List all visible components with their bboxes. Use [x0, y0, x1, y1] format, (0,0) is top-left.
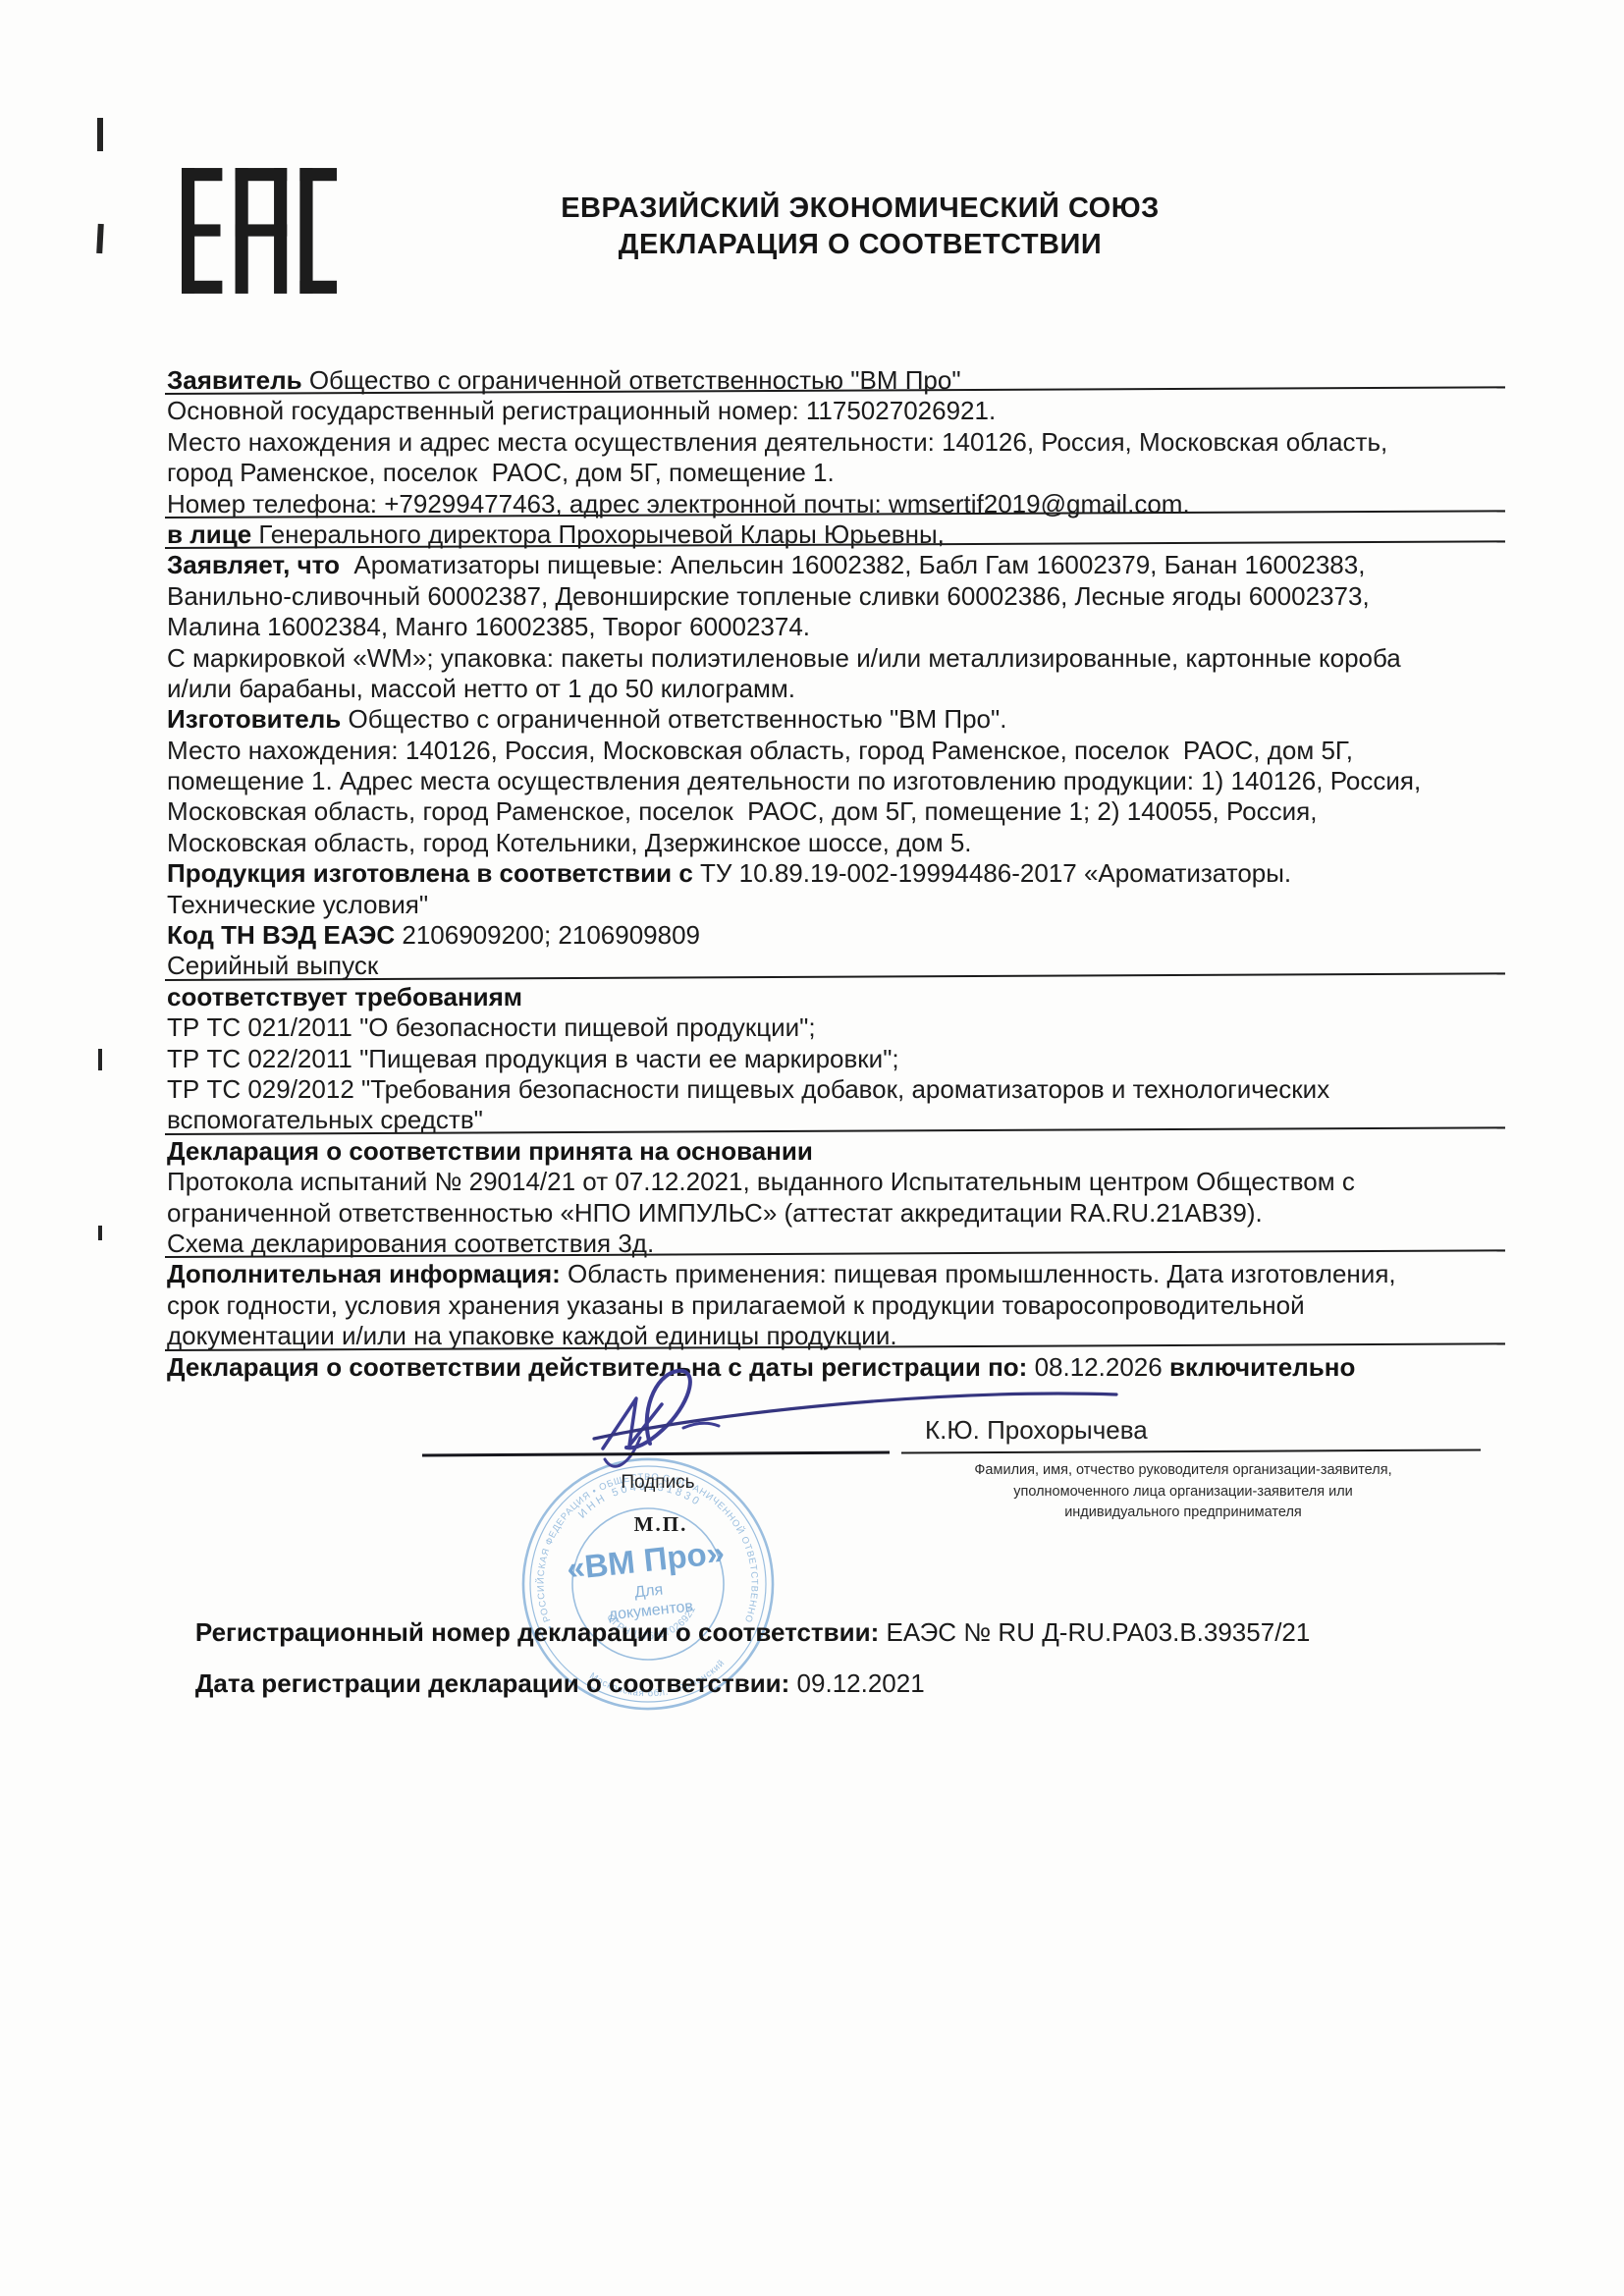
- scan-artifact: [98, 1226, 102, 1240]
- scan-artifact: [96, 224, 104, 253]
- line-label: Заявитель: [167, 365, 309, 395]
- line-text: Место нахождения и адрес места осуществл…: [167, 427, 1387, 457]
- document-line: и/или барабаны, массой нетто от 1 до 50 …: [167, 674, 1505, 704]
- document-line: Малина 16002384, Манго 16002385, Творог …: [167, 612, 1505, 642]
- document-line: Продукция изготовлена в соответствии с Т…: [167, 858, 1505, 889]
- line-text: Технические условия": [167, 890, 428, 919]
- document-line: Заявляет, что Ароматизаторы пищевые: Апе…: [167, 550, 1505, 580]
- document-line: Дополнительная информация: Область приме…: [167, 1259, 1505, 1289]
- line-text: Основной государственный регистрационный…: [167, 396, 996, 425]
- line-label: в лице: [167, 519, 258, 549]
- stamp-place-label: М.П.: [607, 1512, 715, 1537]
- document-line: Серийный выпуск: [167, 951, 1505, 981]
- document-line: Место нахождения и адрес места осуществл…: [167, 427, 1505, 458]
- line-label: Дополнительная информация:: [167, 1259, 568, 1288]
- document-title: ЕВРАЗИЙСКИЙ ЭКОНОМИЧЕСКИЙ СОЮЗ ДЕКЛАРАЦИ…: [369, 191, 1351, 263]
- line-text: помещение 1. Адрес места осуществления д…: [167, 766, 1421, 795]
- line-text: и/или барабаны, массой нетто от 1 до 50 …: [167, 674, 795, 703]
- line-label: включительно: [1169, 1352, 1355, 1382]
- line-text: ТР ТС 022/2011 "Пищевая продукция в част…: [167, 1044, 899, 1073]
- line-text: Ванильно-сливочный 60002387, Девонширски…: [167, 581, 1370, 611]
- document-line: в лице Генерального директора Прохорычев…: [167, 519, 1505, 550]
- line-text: ограниченной ответственностью «НПО ИМПУЛ…: [167, 1198, 1263, 1228]
- signature-caption-line: уполномоченного лица организации-заявите…: [889, 1482, 1478, 1503]
- document-line: Схема декларирования соответствия 3д.: [167, 1229, 1505, 1259]
- line-text: Серийный выпуск: [167, 951, 378, 980]
- scan-artifact: [97, 118, 103, 151]
- document-line: город Раменское, поселок РАОС, дом 5Г, п…: [167, 458, 1505, 488]
- line-text: С маркировкой «WM»; упаковка: пакеты пол…: [167, 643, 1401, 673]
- line-label: соответствует требованиям: [167, 982, 522, 1011]
- line-text: Область применения: пищевая промышленнос…: [568, 1259, 1396, 1288]
- document-line: соответствует требованиям: [167, 982, 1505, 1012]
- line-text: ТР ТС 029/2012 "Требования безопасности …: [167, 1074, 1329, 1104]
- line-label: Изготовитель: [167, 704, 349, 734]
- line-text: ТУ 10.89.19-002-19994486-2017 «Ароматиза…: [700, 858, 1291, 888]
- signature-caption-label: Подпись: [589, 1472, 727, 1494]
- document-line: Декларация о соответствии принята на осн…: [167, 1136, 1505, 1167]
- scan-artifact: [98, 1049, 102, 1070]
- registration-date-value: 09.12.2021: [797, 1668, 925, 1698]
- line-text: Протокола испытаний № 29014/21 от 07.12.…: [167, 1167, 1355, 1196]
- document-line: Номер телефона: +79299477463, адрес элек…: [167, 489, 1505, 519]
- line-label: Код ТН ВЭД ЕАЭС: [167, 920, 402, 950]
- document-line: Заявитель Общество с ограниченной ответс…: [167, 365, 1505, 396]
- line-label: Продукция изготовлена в соответствии с: [167, 858, 700, 888]
- document-line: помещение 1. Адрес места осуществления д…: [167, 766, 1505, 796]
- line-text: вспомогательных средств": [167, 1105, 483, 1134]
- document-line: Протокола испытаний № 29014/21 от 07.12.…: [167, 1167, 1505, 1197]
- document-line: Код ТН ВЭД ЕАЭС 2106909200; 2106909809: [167, 920, 1505, 951]
- document-line: Основной государственный регистрационный…: [167, 396, 1505, 426]
- line-label: Декларация о соответствии принята на осн…: [167, 1136, 813, 1166]
- signatory-name: К.Ю. Прохорычева: [925, 1415, 1148, 1446]
- document-line: ограниченной ответственностью «НПО ИМПУЛ…: [167, 1198, 1505, 1229]
- line-text: Московская область, город Котельники, Дз…: [167, 828, 972, 857]
- line-text: Малина 16002384, Манго 16002385, Творог …: [167, 612, 810, 641]
- stamp-company-name: «ВМ Про»: [565, 1534, 726, 1587]
- signature-caption-line: индивидуального предпринимателя: [889, 1503, 1478, 1524]
- document-line: ТР ТС 029/2012 "Требования безопасности …: [167, 1074, 1505, 1105]
- line-label: Заявляет, что: [167, 550, 340, 579]
- line-text: Московская область, город Раменское, пос…: [167, 796, 1317, 826]
- document-line: С маркировкой «WM»; упаковка: пакеты пол…: [167, 643, 1505, 674]
- line-text: 2106909200; 2106909809: [402, 920, 700, 950]
- signature-caption-line: Фамилия, имя, отчество руководителя орга…: [889, 1460, 1478, 1482]
- line-text: Общество с ограниченной ответственностью…: [349, 704, 1007, 734]
- line-text: срок годности, условия хранения указаны …: [167, 1290, 1305, 1320]
- line-text: город Раменское, поселок РАОС, дом 5Г, п…: [167, 458, 835, 487]
- document-line: ТР ТС 021/2011 "О безопасности пищевой п…: [167, 1012, 1505, 1043]
- body-lines: Заявитель Общество с ограниченной ответс…: [167, 365, 1505, 1383]
- registration-date-label: Дата регистрации декларации о соответств…: [195, 1668, 797, 1698]
- document-line: Московская область, город Котельники, Дз…: [167, 828, 1505, 858]
- eac-logo-icon: [182, 164, 337, 298]
- line-text: Место нахождения: 140126, Россия, Москов…: [167, 736, 1353, 765]
- document-line: Технические условия": [167, 890, 1505, 920]
- signature-caption: Фамилия, имя, отчество руководителя орга…: [889, 1460, 1478, 1524]
- registration-number-value: ЕАЭС № RU Д-RU.РА03.В.39357/21: [887, 1617, 1311, 1647]
- document-line: срок годности, условия хранения указаны …: [167, 1290, 1505, 1321]
- declaration-scan-page: { "document": { "header": { "logo": "EAC…: [0, 0, 1624, 2296]
- document-line: Место нахождения: 140126, Россия, Москов…: [167, 736, 1505, 766]
- document-line: вспомогательных средств": [167, 1105, 1505, 1135]
- line-text: Ароматизаторы пищевые: Апельсин 16002382…: [340, 550, 1365, 579]
- line-text: ТР ТС 021/2011 "О безопасности пищевой п…: [167, 1012, 816, 1042]
- document-line: ТР ТС 022/2011 "Пищевая продукция в част…: [167, 1044, 1505, 1074]
- registration-date-line: Дата регистрации декларации о соответств…: [167, 1638, 925, 1729]
- document-line: Изготовитель Общество с ограниченной отв…: [167, 704, 1505, 735]
- document-line: Ванильно-сливочный 60002387, Девонширски…: [167, 581, 1505, 612]
- document-title-line2: ДЕКЛАРАЦИЯ О СООТВЕТСТВИИ: [369, 227, 1351, 263]
- document-title-line1: ЕВРАЗИЙСКИЙ ЭКОНОМИЧЕСКИЙ СОЮЗ: [369, 191, 1351, 227]
- document-line: Московская область, город Раменское, пос…: [167, 796, 1505, 827]
- scan-background: ЕВРАЗИЙСКИЙ ЭКОНОМИЧЕСКИЙ СОЮЗ ДЕКЛАРАЦИ…: [0, 0, 1624, 2296]
